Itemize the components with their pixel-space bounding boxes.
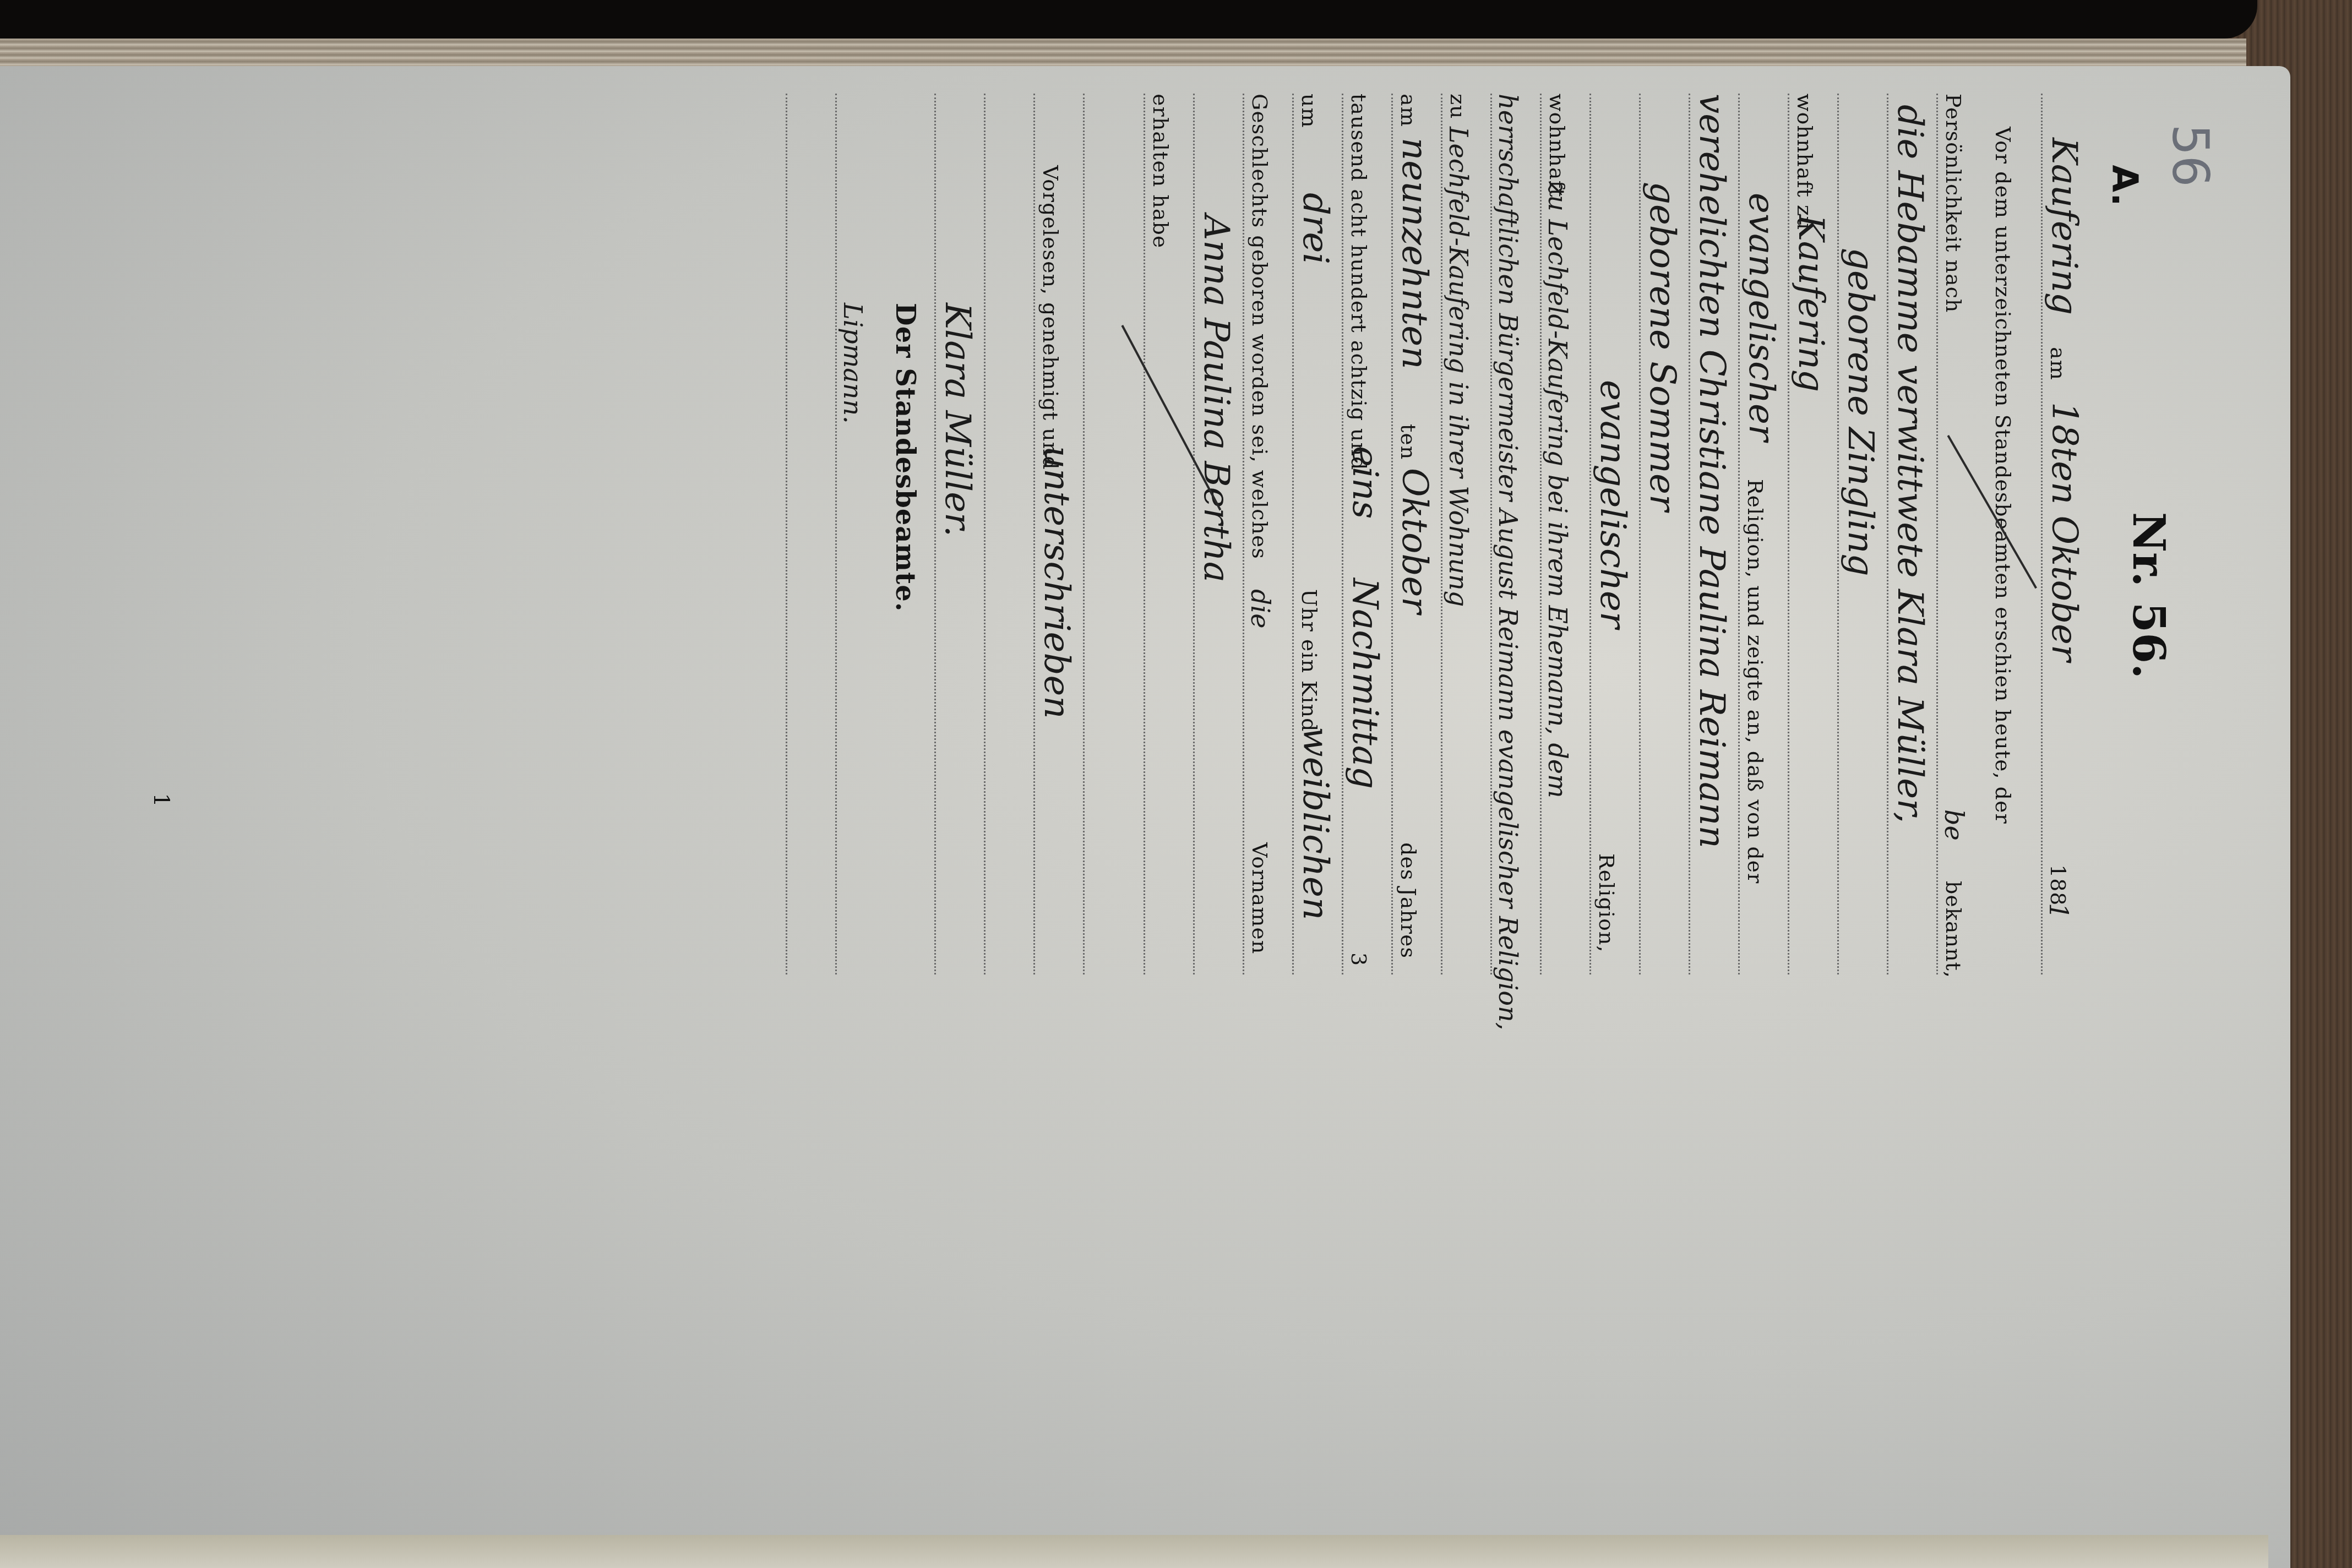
form-line-3: die Hebamme verwittwete Klara Müller,: [1887, 94, 1938, 974]
printed-text: 3: [1347, 952, 1371, 966]
printed-text: zu: [1446, 94, 1470, 119]
printed-text: am: [1396, 94, 1420, 127]
blank-line: [786, 94, 837, 974]
handwritten-text: zu Lechfeld-Kaufering bei ihrem Ehemann,…: [1543, 182, 1572, 798]
form-line-11: herrschaftlichen Bürgermeister August Re…: [1490, 94, 1542, 974]
blank-line: [984, 94, 1035, 974]
handwritten-text: Oktober: [1394, 468, 1435, 614]
book-cover-edge: [0, 0, 2257, 39]
page-fold: [0, 1535, 2268, 1568]
form-line-18: erhalten habe: [1144, 94, 1195, 974]
entry-number: Nr. 56.: [2123, 512, 2175, 679]
printed-text: wohnhaft zu: [1793, 94, 1817, 230]
pencil-folio-number: 56: [2161, 124, 2219, 187]
date-handwritten: 18ten Oktober: [2044, 402, 2084, 662]
year-printed: 188: [2046, 864, 2070, 906]
handwritten-text: drei: [1295, 193, 1336, 264]
printed-text: Vor dem unterzeichneten Standesbeamten e…: [1991, 127, 2015, 824]
official-signature: Lipmann.: [838, 303, 868, 424]
handwritten-text: evangelischer: [1741, 193, 1782, 442]
printed-text: um: [1297, 94, 1321, 128]
form-line-17: Anna Paulina Bertha: [1193, 94, 1244, 974]
informant-signature: Klara Müller.: [937, 303, 978, 537]
form-line-6: evangelischer Religion, und zeigte an, d…: [1738, 94, 1789, 974]
printed-text: bekannt,: [1941, 881, 1966, 978]
handwritten-text: geborene Sommer: [1642, 182, 1683, 511]
handwritten-text: Lechfeld-Kaufering in ihrer Wohnung: [1444, 127, 1473, 607]
printed-text: erhalten habe: [1148, 94, 1173, 248]
form-line-8: geborene Sommer: [1639, 94, 1690, 974]
printed-text: Vorgelesen, genehmigt und: [1038, 165, 1063, 470]
printed-text: Geschlechts geboren worden sei, welches: [1248, 94, 1272, 559]
form-line-4: geborene Zingling: [1837, 94, 1888, 974]
handwritten-text: die: [1245, 589, 1275, 628]
page-number: 1: [149, 793, 174, 807]
form-line-12: zu Lechfeld-Kaufering in ihrer Wohnung: [1441, 94, 1492, 974]
child-names-handwritten: Anna Paulina Bertha: [1196, 215, 1237, 582]
form-line-2: Persönlichkeit nach be bekannt,: [1936, 94, 1988, 974]
printed-text: Religion, und zeigte an, daß von der: [1743, 479, 1767, 884]
form-line-16: Geschlechts geboren worden sei, welches …: [1243, 94, 1294, 974]
form-line-15: um drei Uhr ein Kind weiblichen: [1292, 94, 1343, 974]
handwritten-text: weiblichen: [1295, 727, 1336, 920]
header-line: Kaufering am 18ten Oktober 188 1: [2041, 94, 2092, 974]
place-handwritten: Kaufering: [2044, 138, 2084, 315]
handwritten-text: verehelichten Christiane Paulina Reimann: [1691, 94, 1732, 848]
form-line-10: wohnhaft zu Lechfeld-Kaufering bei ihrem…: [1540, 94, 1591, 974]
printed-text: ten: [1396, 424, 1420, 460]
closing-line: Vorgelesen, genehmigt und unterschrieben: [1033, 94, 1085, 974]
form-line-5: wohnhaft zu Kaufering: [1788, 94, 1839, 974]
handwritten-text: neunzehnten: [1394, 138, 1435, 369]
official-signature-line: Lipmann.: [835, 94, 886, 974]
printed-text: Religion,: [1594, 853, 1619, 952]
am-label: am: [2046, 347, 2070, 380]
form-line-1: Vor dem unterzeichneten Standesbeamten e…: [1988, 94, 2037, 974]
form-line-9: evangelischer Religion,: [1589, 94, 1641, 974]
year-handwritten: 1: [2044, 903, 2073, 919]
form-line-7: verehelichten Christiane Paulina Reimann: [1689, 94, 1740, 974]
printed-text: tausend acht hundert achtzig und: [1347, 94, 1371, 470]
official-label: Der Standesbeamte.: [890, 303, 921, 612]
form-line-13: am neunzehnten ten Oktober des Jahres: [1391, 94, 1442, 974]
printed-text: des Jahres: [1396, 842, 1420, 959]
handwritten-text: herrschaftlichen Bürgermeister August Re…: [1493, 94, 1523, 1030]
official-label-line: Der Standesbeamte.: [886, 94, 936, 974]
printed-text: Uhr ein Kind: [1297, 589, 1321, 732]
printed-text: Persönlichkeit nach: [1941, 94, 1966, 313]
signature-line: Klara Müller.: [934, 94, 986, 974]
handwritten-text: unterschrieben: [1036, 446, 1077, 719]
register-entry: Nr. 56. Kaufering am 18ten Oktober 188 1…: [308, 94, 2125, 1415]
handwritten-text: Kaufering: [1790, 215, 1831, 392]
handwritten-text: be: [1939, 809, 1969, 841]
handwritten-text: Nachmittag: [1344, 578, 1385, 789]
handwritten-text: geborene Zingling: [1840, 248, 1881, 576]
handwritten-text: eins: [1344, 446, 1385, 519]
handwritten-text: die Hebamme verwittwete Klara Müller,: [1890, 105, 1930, 823]
form-line-14: tausend acht hundert achtzig und eins Na…: [1342, 94, 1393, 974]
printed-text: Vornamen: [1248, 842, 1272, 954]
handwritten-text: evangelischer: [1592, 380, 1633, 629]
blank-line: [1083, 94, 1134, 974]
